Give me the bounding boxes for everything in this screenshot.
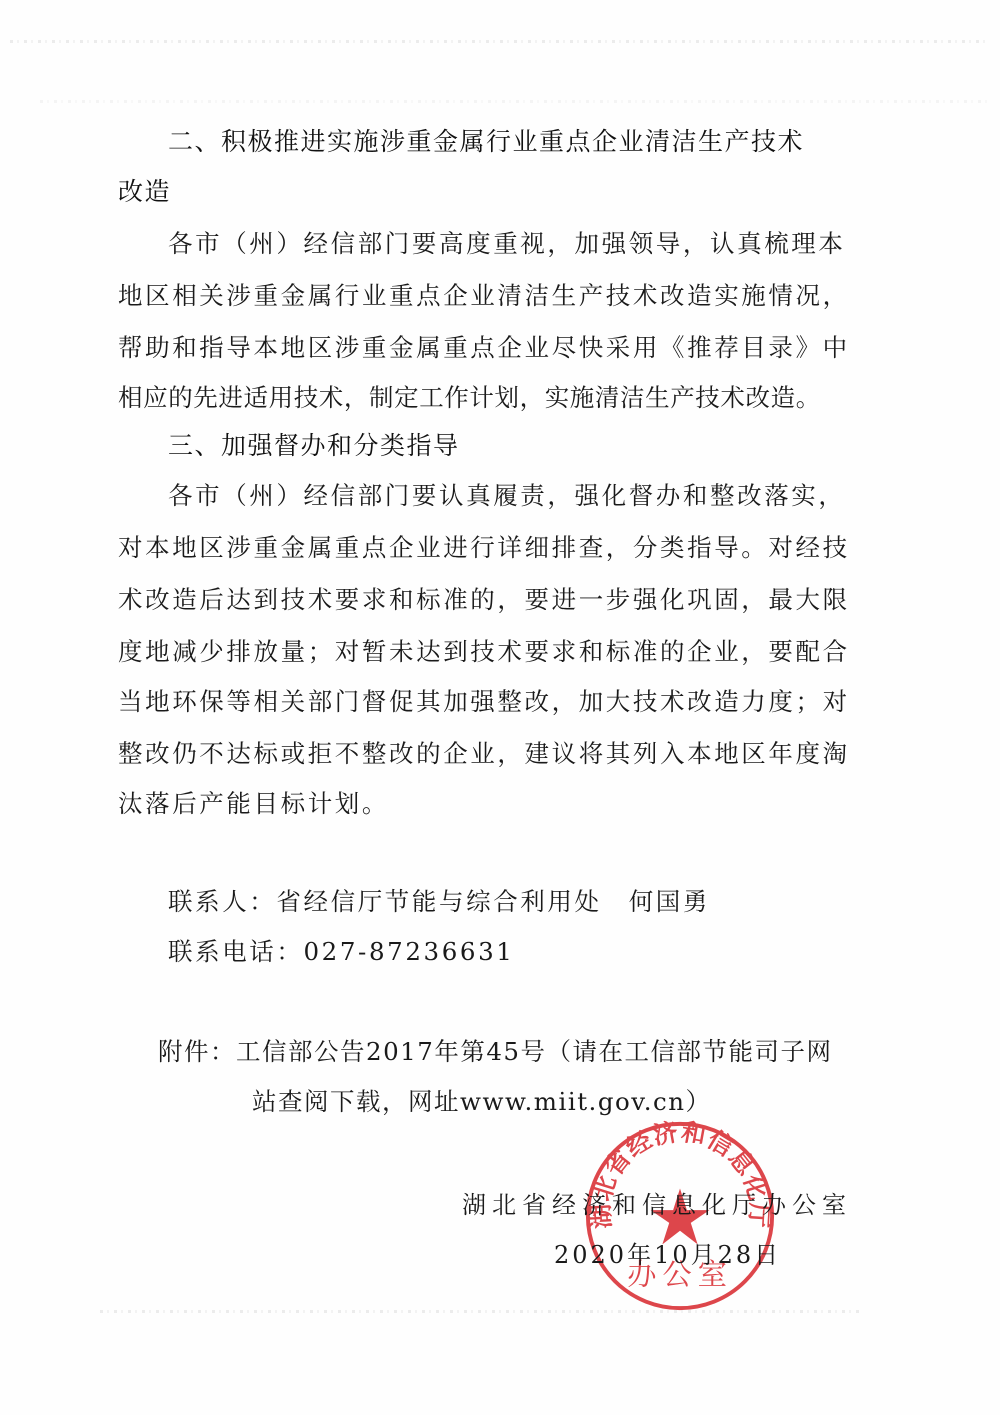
section3-paragraph-line: 当地环保等相关部门督促其加强整改，加大技术改造力度；对 [118, 685, 858, 719]
section3-paragraph-line: 术改造后达到技术要求和标准的，要进一步强化巩固，最大限 [118, 583, 858, 617]
section3-paragraph-line: 整改仍不达标或拒不整改的企业，建议将其列入本地区年度淘 [118, 737, 858, 771]
section3-paragraph-line: 各市（州）经信部门要认真履责，强化督办和整改落实， [168, 479, 908, 513]
section2-paragraph-line: 地区相关涉重金属行业重点企业清洁生产技术改造实施情况， [118, 279, 858, 313]
contact-phone: 联系电话：027-87236631 [168, 935, 908, 969]
attachment-line-cont: 站查阅下载，网址www.miit.gov.cn） [252, 1085, 992, 1119]
section2-heading-cont: 改造 [118, 175, 858, 209]
section2-paragraph-line: 相应的先进适用技术，制定工作计划，实施清洁生产技术改造。 [118, 381, 858, 415]
document-page: 二、积极推进实施涉重金属行业重点企业清洁生产技术 改造 各市（州）经信部门要高度… [0, 0, 1000, 1415]
contact-person: 联系人：省经信厅节能与综合利用处 何国勇 [168, 885, 908, 919]
issuing-organization: 湖北省经济和信息化厅办公室 [462, 1185, 852, 1220]
scan-artifact-top [10, 40, 990, 43]
section3-paragraph-line: 对本地区涉重金属重点企业进行详细排查，分类指导。对经技 [118, 531, 858, 565]
section2-paragraph-line: 帮助和指导本地区涉重金属重点企业尽快采用《推荐目录》中 [118, 331, 858, 365]
scan-artifact-upper [40, 100, 990, 103]
section3-heading: 三、加强督办和分类指导 [168, 429, 908, 463]
section2-paragraph-line: 各市（州）经信部门要高度重视，加强领导，认真梳理本 [168, 227, 908, 261]
section3-paragraph-line: 度地减少排放量；对暂未达到技术要求和标准的企业，要配合 [118, 635, 858, 669]
section2-heading: 二、积极推进实施涉重金属行业重点企业清洁生产技术 [168, 125, 908, 159]
issue-date: 2020年10月28日 [554, 1235, 781, 1270]
attachment-line: 附件：工信部公告2017年第45号（请在工信部节能司子网 [158, 1035, 898, 1069]
section3-paragraph-line: 汰落后产能目标计划。 [118, 787, 858, 821]
